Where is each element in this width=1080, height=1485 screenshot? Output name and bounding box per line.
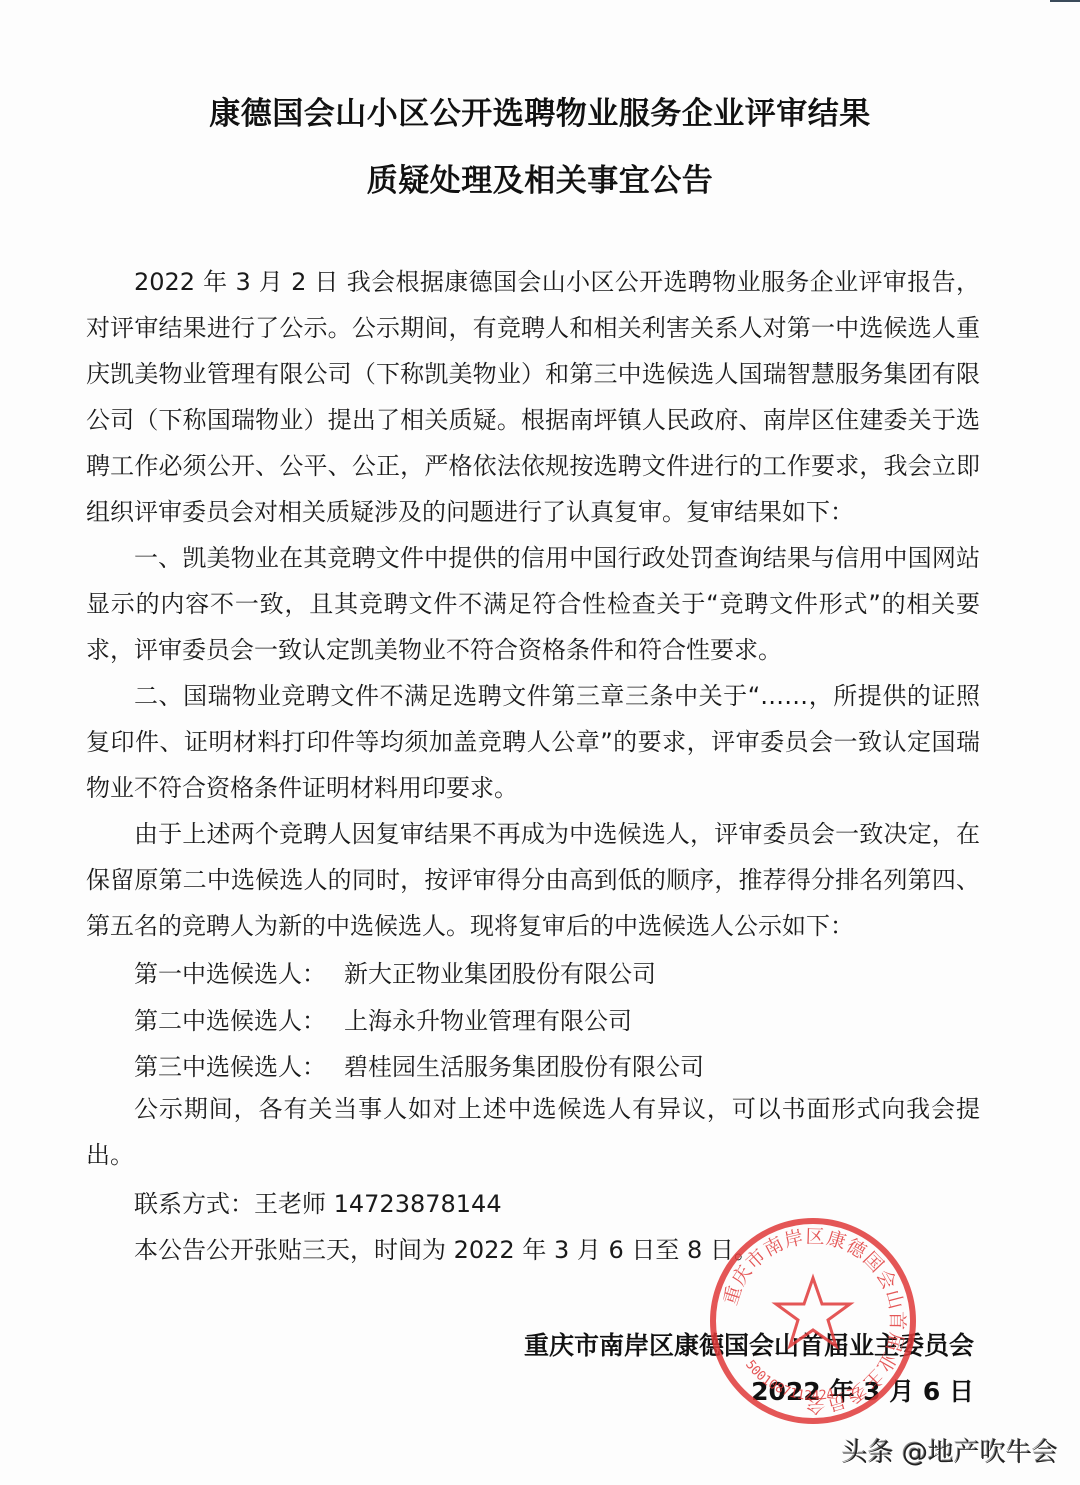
corner-mark — [1050, 0, 1080, 2]
paragraph-decision: 由于上述两个竞聘人因复审结果不再成为中选候选人，评审委员会一致决定，在保留原第二… — [86, 811, 980, 949]
paragraph-item-2: 二、国瑞物业竞聘文件不满足选聘文件第三章三条中关于“……，所提供的证照复印件、证… — [86, 673, 980, 811]
seal-star-icon — [776, 1278, 850, 1346]
svg-text:重庆市南岸区康德国会山首届业主委员会: 重庆市南岸区康德国会山首届业主委员会 — [720, 1226, 908, 1416]
document-title-line1: 康德国会山小区公开选聘物业服务企业评审结果 — [0, 88, 1080, 133]
paragraph-objection: 公示期间，各有关当事人如对上述中选候选人有异议，可以书面形式向我会提出。 — [86, 1086, 980, 1178]
svg-text:5001087112424: 5001087112424 — [742, 1358, 836, 1404]
document-body: 2022 年 3 月 2 日 我会根据康德国会山小区公开选聘物业服务企业评审报告… — [86, 259, 980, 949]
candidate-label: 第三中选候选人： — [134, 1047, 344, 1082]
watermark: 头条 @地产吹牛会 — [842, 1432, 1058, 1469]
objection-block: 公示期间，各有关当事人如对上述中选候选人有异议，可以书面形式向我会提出。 — [86, 1086, 980, 1178]
paragraph-intro: 2022 年 3 月 2 日 我会根据康德国会山小区公开选聘物业服务企业评审报告… — [86, 259, 980, 535]
seal-ring-text: 重庆市南岸区康德国会山首届业主委员会 — [720, 1226, 908, 1416]
candidate-row-2: 第二中选候选人：上海永升物业管理有限公司 — [134, 1001, 632, 1036]
official-seal-icon: 重庆市南岸区康德国会山首届业主委员会 5001087112424 — [708, 1216, 918, 1426]
candidate-row-1: 第一中选候选人：新大正物业集团股份有限公司 — [134, 954, 656, 989]
candidate-label: 第二中选候选人： — [134, 1001, 344, 1036]
candidate-company: 上海永升物业管理有限公司 — [344, 1007, 632, 1035]
candidate-label: 第一中选候选人： — [134, 954, 344, 989]
candidate-company: 碧桂园生活服务集团股份有限公司 — [344, 1053, 704, 1081]
contact-line: 联系方式：王老师 14723878144 — [134, 1184, 502, 1219]
posting-period-line: 本公告公开张贴三天，时间为 2022 年 3 月 6 日至 8 日。 — [134, 1230, 758, 1265]
document-title-line2: 质疑处理及相关事宜公告 — [0, 155, 1080, 200]
candidate-row-3: 第三中选候选人：碧桂园生活服务集团股份有限公司 — [134, 1047, 704, 1082]
paragraph-item-1: 一、凯美物业在其竞聘文件中提供的信用中国行政处罚查询结果与信用中国网站显示的内容… — [86, 535, 980, 673]
candidate-company: 新大正物业集团股份有限公司 — [344, 960, 656, 988]
seal-code: 5001087112424 — [742, 1358, 836, 1404]
